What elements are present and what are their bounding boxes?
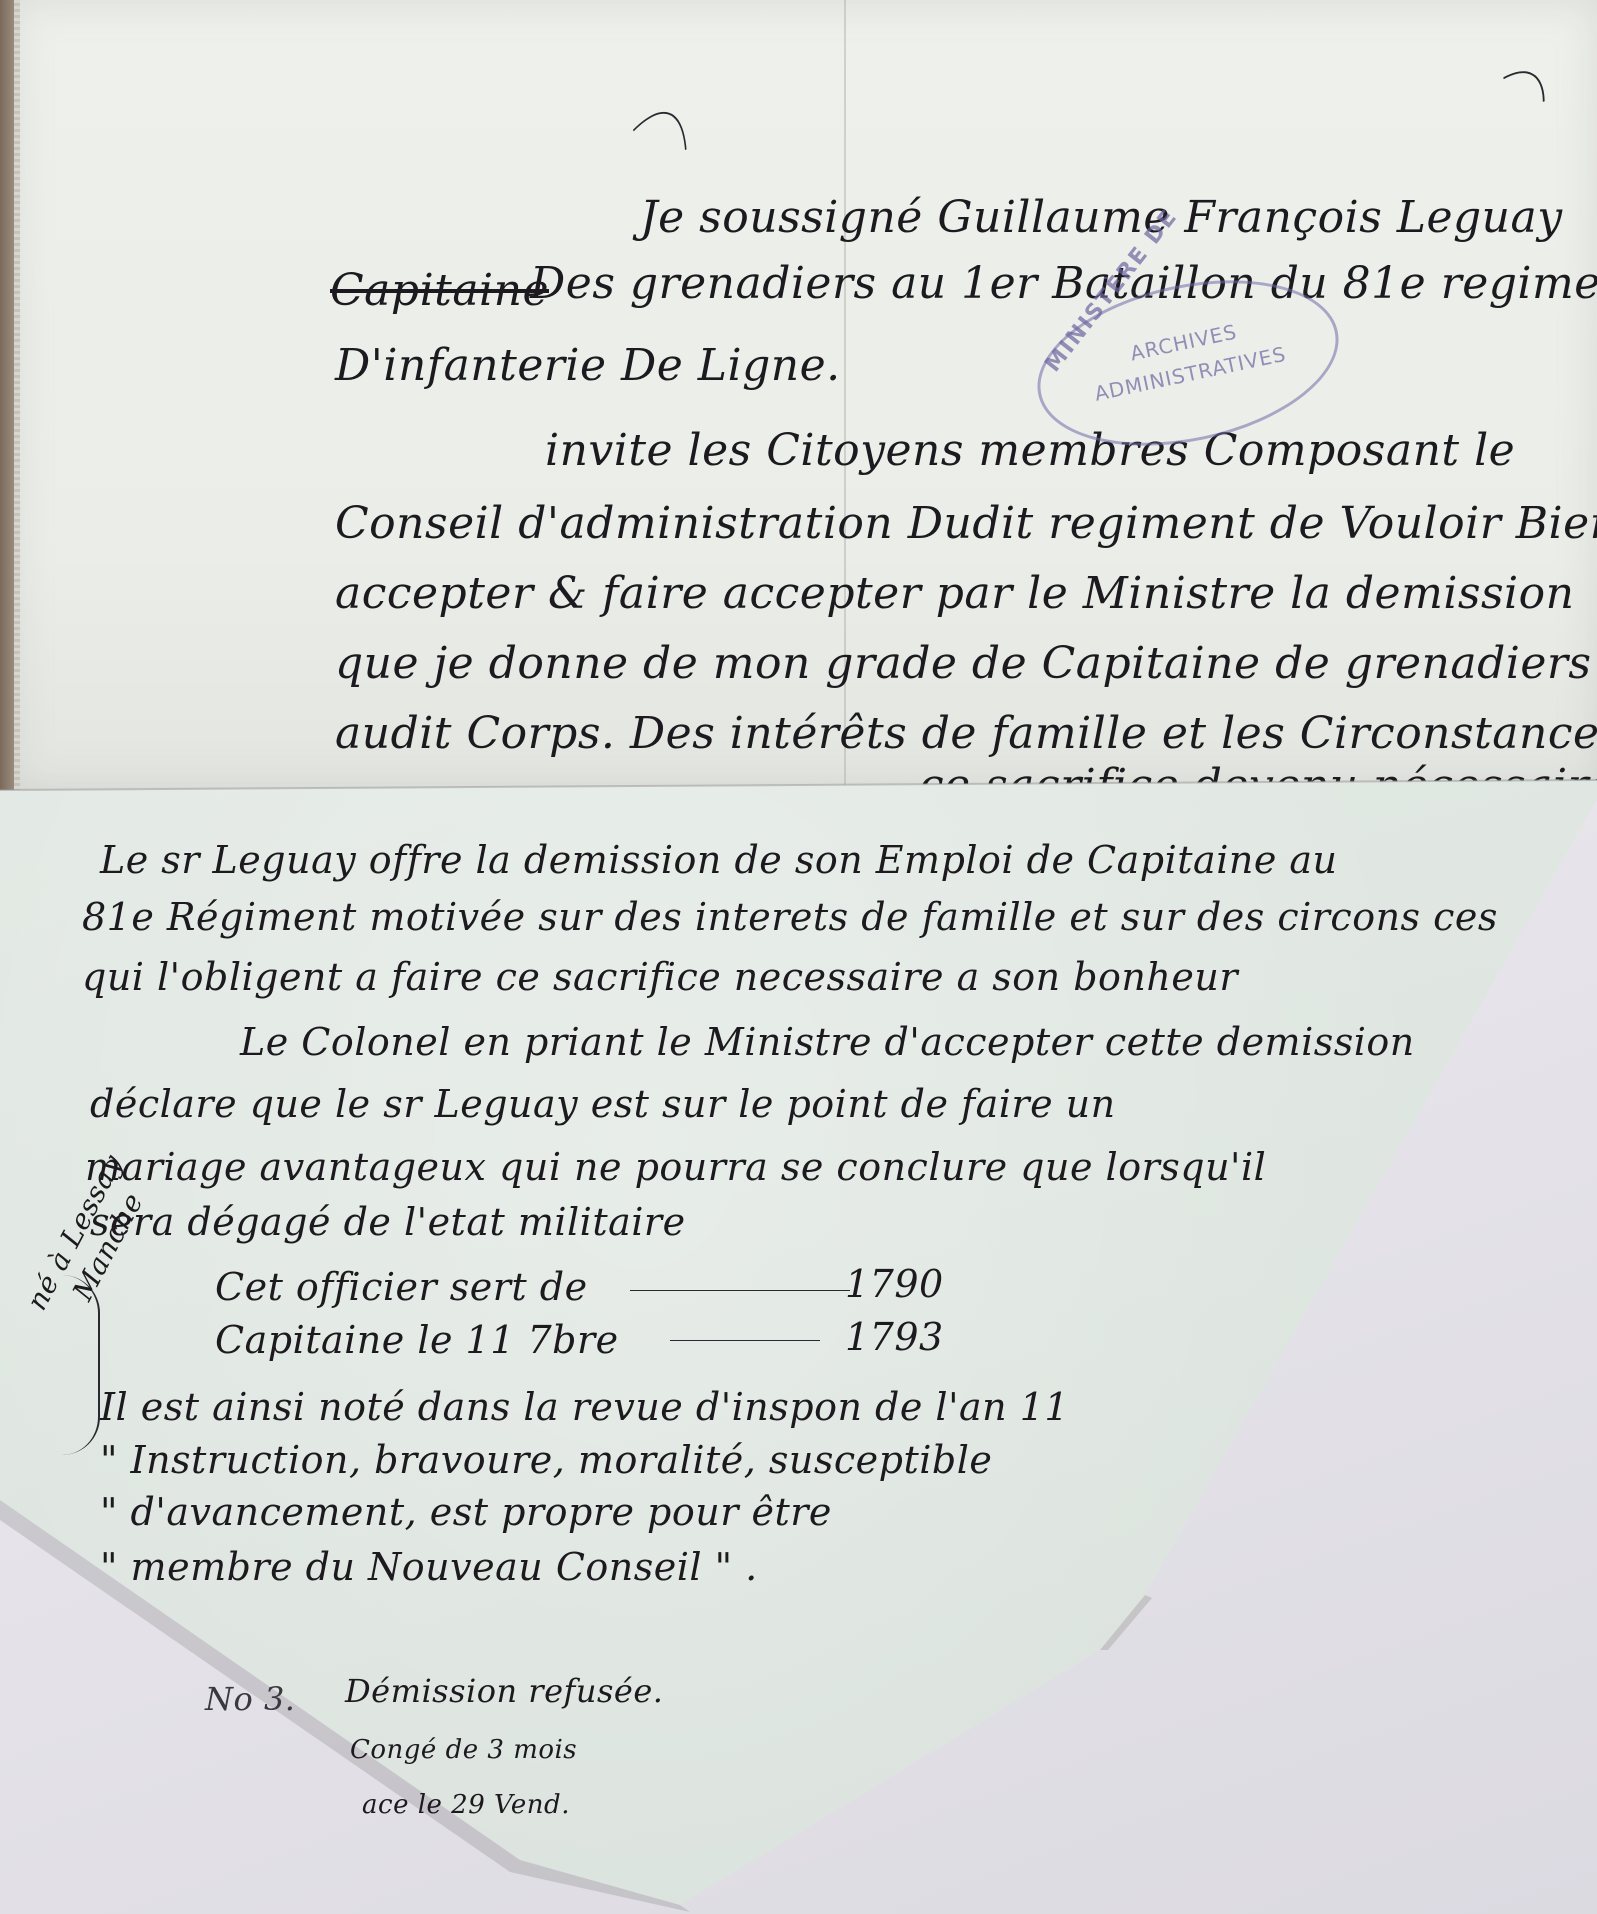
deckled-edge [14,0,20,790]
letter-line-4: invite les Citoyens membres Composant le [545,425,1515,476]
flap-line-4: Le Colonel en priant le Ministre d'accep… [240,1020,1415,1064]
inspection-line-4: " membre du Nouveau Conseil " . [100,1545,758,1589]
inspection-line-2: " Instruction, bravoure, moralité, susce… [100,1438,992,1482]
decision-line-1: Démission refusée. [345,1672,663,1710]
letter-line-8: audit Corps. Des intérêts de famille et … [335,708,1597,759]
decision-line-2: Congé de 3 mois [350,1735,577,1765]
service-label-1: Cet officier sert de [215,1265,588,1309]
flap-line-6: mariage avantageux qui ne pourra se conc… [85,1145,1266,1189]
service-year-1: 1790 [845,1262,944,1306]
struck-word: Capitaine [330,265,549,316]
service-year-2: 1793 [845,1315,944,1359]
service-label-2: Capitaine le 11 7bre [215,1318,619,1362]
decision-line-3: ace le 29 Vend. [362,1790,570,1820]
flap-line-2: 81e Régiment motivée sur des interets de… [82,895,1498,939]
service-rule [670,1340,820,1341]
flap-line-3: qui l'obligent a faire ce sacrifice nece… [82,955,1238,999]
inspection-line-3: " d'avancement, est propre pour être [100,1490,832,1534]
flap-line-1: Le sr Leguay offre la demission de son E… [100,838,1338,882]
flap-line-7: sera dégagé de l'etat militaire [90,1200,686,1244]
letter-line-1: Je soussigné Guillaume François Leguay [640,192,1563,243]
service-rule [630,1290,850,1291]
letter-line-5: Conseil d'administration Dudit regiment … [335,498,1597,549]
letter-line-6: accepter & faire accepter par le Ministr… [335,568,1574,619]
letter-line-2: Des grenadiers au 1er Bataillon du 81e r… [530,258,1597,309]
letter-line-7: que je donne de mon grade de Capitaine d… [335,638,1591,689]
decision-number: No 3. [205,1680,295,1718]
letter-line-3: D'infanterie De Ligne. [335,340,841,391]
inspection-line-1: Il est ainsi noté dans la revue d'inspon… [100,1385,1069,1429]
flap-line-5: déclare que le sr Leguay est sur le poin… [90,1082,1116,1126]
